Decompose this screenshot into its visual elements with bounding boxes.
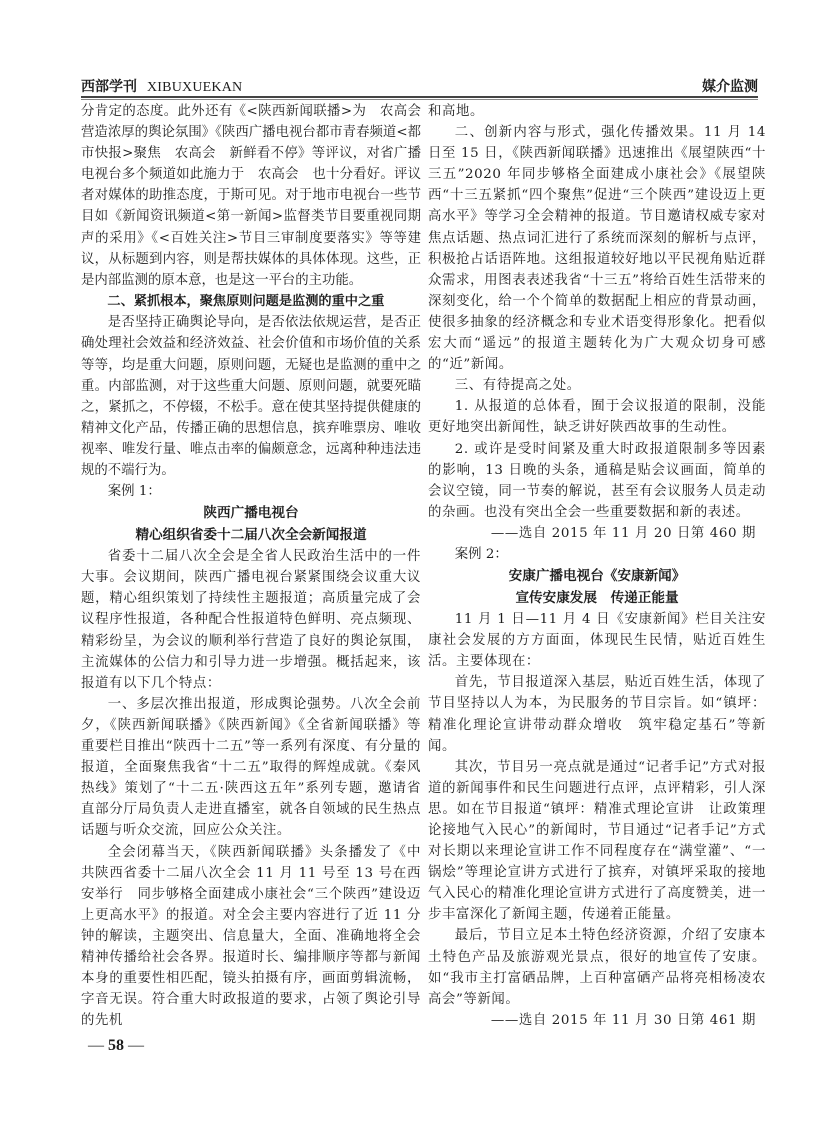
case-title: 安康广播电视台《安康新闻》 <box>428 565 766 587</box>
case-label: 案例 1： <box>81 481 421 502</box>
source-citation: ——选自 2015 年 11 月 20 日第 460 期 <box>428 523 766 544</box>
page-number-dash-right: — <box>128 1037 144 1054</box>
case-label: 案例 2： <box>428 544 766 565</box>
page-number-value: 58 <box>108 1037 124 1054</box>
case-subtitle: 宣传安康发展 传递正能量 <box>428 587 766 609</box>
paragraph: 2. 或许是受时间紧及重大时政报道限制多等因素的影响，13 日晚的头条，通稿是贴… <box>428 439 766 523</box>
case-title: 陕西广播电视台 <box>81 502 421 524</box>
paragraph: 和高地。 <box>428 101 766 122</box>
paragraph: 是否坚持正确舆论导向，是否依法依规运营，是否正确处理社会效益和经济效益、社会价值… <box>81 312 421 481</box>
journal-page: 西部学刊XIBUXUEKAN 媒介监测 分肯定的态度。此外还有《<陕西新闻联播>… <box>0 0 833 1123</box>
paragraph: 其次，节目另一亮点就是通过“记者手记”方式对报道的新闻事件和民生问题进行点评，点… <box>428 757 766 926</box>
header-rule-thin <box>81 99 758 100</box>
paragraph: 全会闭幕当天，《陕西新闻联播》头条播发了《中共陕西省委十二届八次全会 11 月 … <box>81 842 421 1032</box>
paragraph: 三、有待提高之处。 <box>428 375 766 396</box>
right-column: 和高地。 二、创新内容与形式，强化传播效果。11 月 14 日至 15 日，《陕… <box>428 101 766 1031</box>
paragraph: 二、创新内容与形式，强化传播效果。11 月 14 日至 15 日，《陕西新闻联播… <box>428 122 766 375</box>
case-subtitle: 精心组织省委十二届八次全会新闻报道 <box>81 524 421 546</box>
paragraph: 分肯定的态度。此外还有《<陕西新闻联播>为 农高会营造浓厚的舆论氛围》《陕西广播… <box>81 101 421 291</box>
journal-name-cn: 西部学刊 <box>81 79 137 95</box>
left-column: 分肯定的态度。此外还有《<陕西新闻联播>为 农高会营造浓厚的舆论氛围》《陕西广播… <box>81 101 421 1031</box>
paragraph: 1. 从报道的总体看，囿于会议报道的限制，没能更好地突出新闻性，缺乏讲好陕西故事… <box>428 396 766 438</box>
paragraph: 省委十二届八次全会是全省人民政治生活中的一件大事。会议期间，陕西广播电视台紧紧围… <box>81 546 421 694</box>
section-title: 媒介监测 <box>702 76 758 96</box>
header-rule-thick <box>81 96 758 98</box>
paragraph: 11 月 1 日—11 月 4 日《安康新闻》栏目关注安康社会发展的方方面面，体… <box>428 609 766 672</box>
journal-masthead: 西部学刊XIBUXUEKAN <box>81 76 242 96</box>
paragraph: 首先，节目报道深入基层，贴近百姓生活，体现了节目坚持以人为本，为民服务的节目宗旨… <box>428 672 766 756</box>
paragraph: 最后，节目立足本土特色经济资源，介绍了安康本土特色产品及旅游观光景点，很好的地宣… <box>428 925 766 1009</box>
page-number: — 58 — <box>88 1037 144 1055</box>
running-header: 西部学刊XIBUXUEKAN 媒介监测 <box>81 76 758 96</box>
paragraph: 一、多层次推出报道，形成舆论强势。八次全会前夕，《陕西新闻联播》《陕西新闻》《全… <box>81 694 421 842</box>
journal-name-en: XIBUXUEKAN <box>147 80 242 95</box>
section-heading: 二、紧抓根本，聚焦原则问题是监测的重中之重 <box>81 291 421 313</box>
source-citation: ——选自 2015 年 11 月 30 日第 461 期 <box>428 1010 766 1031</box>
page-number-dash-left: — <box>88 1037 104 1054</box>
